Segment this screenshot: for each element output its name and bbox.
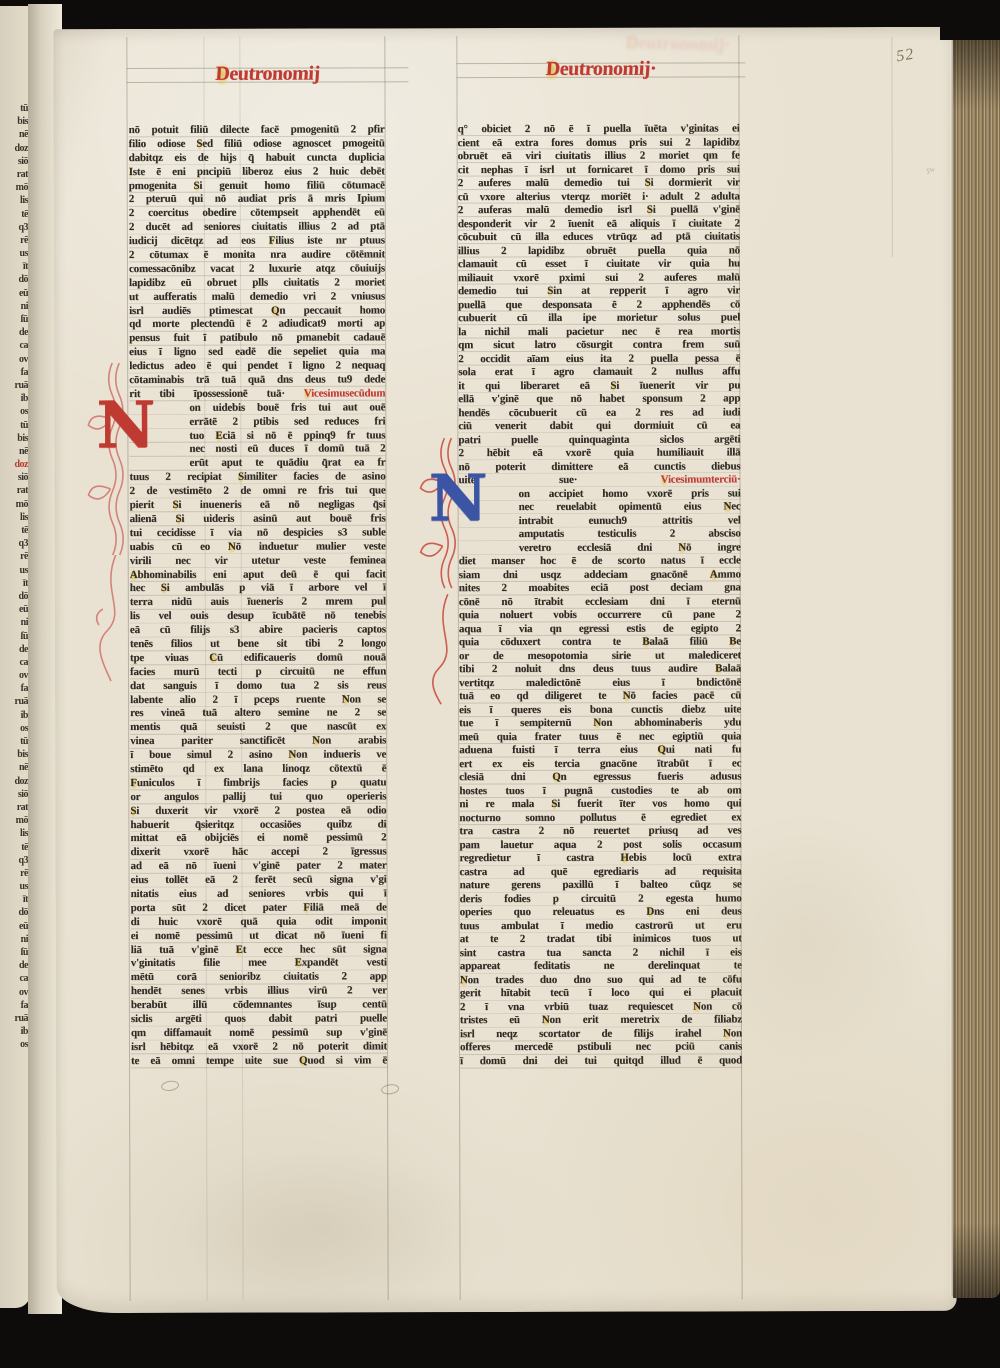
text-line: illius 2 lapidibz obruēt puella quia nō — [458, 244, 740, 258]
facing-page-text-line: q3 — [0, 221, 30, 234]
facing-page-text-line: ruā — [0, 379, 30, 392]
text-line: res vineā tuā altero semine ne 2 se — [130, 707, 386, 722]
facing-page-text-line: tū — [0, 102, 30, 115]
edge-mark: ʒw — [925, 164, 935, 174]
facing-page-text-line: bis — [0, 115, 30, 128]
facing-page-text-line: bis — [0, 432, 30, 445]
text-line: la nichil mali pacietur nec ē rea mortis — [458, 325, 740, 339]
text-line: tui cecidisse ī via nō despicies s3 subl… — [130, 526, 386, 541]
text-line: deris fodies p circuitū 2 egesta humo — [460, 892, 742, 906]
parchment-stain — [176, 1148, 476, 1309]
text-line: hendēt senes vrbis illius virū 2 ver — [131, 985, 387, 1000]
yellow-washed-capital: E — [215, 429, 222, 441]
text-line: isrl neqz scortator de filijs irahel Non — [460, 1027, 742, 1041]
drop-initial-chapter-23: N — [428, 470, 487, 528]
yellow-washed-capital: S — [645, 177, 651, 189]
facing-page-text-line: ib — [0, 709, 30, 722]
text-line: labente alio 2 ī pceps ruente Non se — [130, 693, 386, 708]
text-line: te eā omni tempe uite sue Quod si vim ē — [131, 1054, 387, 1069]
yellow-washed-capital: A — [710, 568, 718, 580]
text-line: isrl hēbitqz eā vxorē 2 nō poterit dimit — [131, 1040, 387, 1055]
text-line: eis ī queres eis bona cunctis diebz uite — [459, 703, 741, 717]
yellow-washed-capital: A — [130, 568, 138, 580]
text-line: qm diffamauit nomē pessimū sup v'ginē — [131, 1026, 387, 1041]
text-line: porta sūt 2 dicet pater Filiā meā de — [131, 901, 387, 916]
yellow-washed-capital: Q — [299, 1054, 307, 1066]
facing-page-text-line: ca — [0, 339, 30, 352]
text-line: sint castra tua sancta 2 nichil ī eis — [460, 946, 742, 960]
facing-page-text-line: rē — [0, 234, 30, 247]
yellow-washed-capital: E — [236, 943, 243, 955]
text-line: nec nosti eū duces ī domū tuā 2 — [129, 443, 385, 458]
yellow-washed-capital: S — [647, 204, 653, 216]
facing-page-text-line: bis — [0, 748, 30, 761]
text-line: tue ī sempiternū Non abhominaberis ydu — [459, 716, 741, 730]
yellow-washed-capital: N — [312, 735, 320, 747]
text-line: uabis cū eo Nō induetur mulier veste — [130, 540, 386, 555]
facing-page-text-line: eū — [0, 603, 30, 616]
yellow-washed-capital: S — [551, 798, 557, 810]
facing-page-text-line: tū — [0, 735, 30, 748]
facing-page-text-line: ib — [0, 392, 30, 405]
text-line: virili nec vir utetur veste feminea — [130, 554, 386, 569]
text-line: pensus fuit ī patibulo nō pmanebit cadau… — [129, 332, 385, 347]
text-line: diet manser hoc ē de scorto natus ī eccl… — [459, 554, 741, 568]
text-line: ni re mala Si fuerit īter vos homo qui — [459, 797, 741, 811]
facing-page-text-line: lis — [0, 194, 30, 207]
catch-mark — [160, 1080, 179, 1092]
facing-page-text-line: rē — [0, 550, 30, 563]
yellow-washed-capital: C — [209, 652, 217, 664]
text-line: nō potuit filiū dilecte facē pmogenitū 2… — [129, 123, 385, 138]
text-line: terra nidū auis īueneris 2 mrem pul — [130, 596, 386, 611]
manuscript-page: Deutronomij· Deutronomij Deutronomij· 52… — [53, 27, 956, 1313]
text-line: cient eā extra fores domus pris sui 2 la… — [458, 136, 740, 150]
text-line: 2 auferas malū demedio isrl Si puellā v'… — [458, 203, 740, 217]
text-line: 2 ducēt ad seniores ciuitatis illius 2 a… — [129, 221, 385, 236]
text-line: 2 occidit aīam eius ita 2 puella pessa ē — [458, 352, 740, 366]
text-line: facies murū tecti p circuitū ne effun — [130, 665, 386, 680]
text-line: tuā eo qd diligeret te Nō facies pacē cū — [459, 689, 741, 703]
running-title-offset-ghost: Deutronomij· — [532, 30, 823, 58]
text-line: v'ginitatis filie mee Expandēt vesti — [131, 957, 387, 972]
text-line: ut aufferatis malū demedio vri 2 vniusus — [129, 290, 385, 305]
facing-page-text-line: mō — [0, 181, 30, 194]
yellow-washed-capital: H — [620, 852, 628, 864]
yellow-washed-capital: Q — [552, 771, 560, 783]
facing-page-text-line: ni — [0, 616, 30, 629]
text-line: or de mesopotomia sirie ut malediceret — [459, 649, 741, 663]
yellow-washed-capital: V — [661, 474, 668, 486]
facing-page-text-line: siō — [0, 471, 30, 484]
text-line: regredietur ī castra Hebis locū extra — [459, 851, 741, 865]
manuscript-photo: tūbisnēdozsiōratmōlistēq3rēusītdōeūniſūd… — [0, 0, 1000, 1368]
text-column-2: q° obiciet 2 nō ē ī puella īuēta v'ginit… — [458, 122, 742, 1069]
facing-page-text-line: de — [0, 326, 30, 339]
facing-page-text-line: mō — [0, 498, 30, 511]
text-line: nature gerens paxillū ī balteo cūqz se — [460, 878, 742, 892]
text-line: mentis quā seuisti 2 que nascūt ex — [130, 721, 386, 736]
text-line: veretro ecclesiā dni Nō ingre — [459, 541, 741, 555]
yellow-washed-capital: F — [269, 235, 276, 247]
facing-page-text-line: siō — [0, 155, 30, 168]
text-line: Non trades duo dno suo qui ad te cōfu — [460, 973, 742, 987]
background-corner — [940, 0, 1000, 40]
facing-page-text-line: de — [0, 959, 30, 972]
text-line: ellā v'ginē que nō habet sponsum 2 app — [458, 392, 740, 406]
text-line: tristes eū Non erit meretrix de filiabz — [460, 1013, 742, 1027]
text-line: ī domū dni dei tui quitqd illud ē quod — [460, 1054, 742, 1068]
yellow-washed-capital: N — [593, 717, 601, 729]
text-line: tuo Eciā si nō ē ppinq9 fr tuus — [129, 429, 385, 444]
text-line: alienā Si uideris asinū aut bouē fris — [130, 512, 386, 527]
yellow-washed-capital: N — [288, 749, 296, 761]
facing-page-text-line: lis — [0, 511, 30, 524]
facing-page-text-line: dō — [0, 273, 30, 286]
text-line: siam dni usqz addeciam gnacōnē Ammo — [459, 568, 741, 582]
text-line: eā cū filijs s3 abire pacieris captos — [130, 623, 386, 638]
text-line: qm sicut latro cōsurgit contra frem suū — [458, 338, 740, 352]
text-line: it qui liberaret eā Si īuenerit vir pu — [458, 379, 740, 393]
text-line: nocturno somno pollutus ē egrediet ex — [459, 811, 741, 825]
text-column-1: nō potuit filiū dilecte facē pmogenitū 2… — [129, 123, 387, 1069]
text-line: 2 cōtumax ē monita nra audire cōtēmnit — [129, 248, 385, 263]
text-line: gerit hītabit tecū ī loco qui ei placuit — [460, 986, 742, 1000]
facing-page-text-line: doz — [0, 142, 30, 155]
folio-number: 52 — [895, 46, 916, 67]
text-line: dixerit vxorē hāc accepi 2 īgressus — [130, 846, 386, 861]
text-line: appareat feditatis ne derelinquat te — [460, 959, 742, 973]
text-line: eius ī ligno sed eadē die sepeliet quia … — [129, 346, 385, 361]
yellow-washed-capital: N — [542, 1014, 550, 1026]
text-line: cū vxore alterius vterqz moriēt i· adult… — [458, 190, 740, 204]
text-line: ei nomē pessimū ut dicat nō īueni fi — [131, 929, 387, 944]
yellow-washed-capital: Q — [271, 304, 279, 316]
facing-page-text-line: īt — [0, 893, 30, 906]
text-line: at te 2 tradat tibi inimicos tuos ut — [460, 932, 742, 946]
facing-page-edge: tūbisnēdozsiōratmōlistēq3rēusītdōeūniſūd… — [0, 6, 30, 1308]
facing-page-text-line: tē — [0, 841, 30, 854]
text-line: cōtaminabis trā tuā quā dns deus tu9 ded… — [129, 373, 385, 388]
text-line: tenēs filios ut bene sit tibi 2 longo — [130, 637, 386, 652]
text-line: eius tollēt eā 2 ferēt secū signa v'gi — [131, 873, 387, 888]
text-line: tpe viuas Cū edificaueris domū nouā — [130, 651, 386, 666]
text-line: siclis argēti quos dabit patri puelle — [131, 1012, 387, 1027]
text-line: erūt aput te quādiu q̄rat ea fr — [129, 457, 385, 472]
text-line: rit tibi īpossessionē tuā· Vicesimusecūd… — [129, 387, 385, 402]
yellow-washed-capital: N — [460, 974, 468, 986]
yellow-washed-capital: S — [161, 582, 167, 594]
text-line: nites 2 moabites eciā post deciam gna — [459, 581, 741, 595]
yellow-washed-capital: N — [623, 690, 631, 702]
facing-page-text-line: eū — [0, 920, 30, 933]
text-line: mittat eā obijciēs ei nomē pessimū 2 — [130, 832, 386, 847]
text-line: pam lauetur aqua 2 post solis occasum — [459, 838, 741, 852]
text-line: sola erat ī agro clamauit 2 nullus affu — [458, 365, 740, 379]
text-line: tra castra 2 nō reuertet priusq ad ves — [459, 824, 741, 838]
facing-page-text-line: ov — [0, 986, 30, 999]
text-line: berabūt illū cōdemnantes īsup centū — [131, 998, 387, 1013]
catch-mark — [380, 1083, 399, 1095]
facing-page-text-line: ni — [0, 933, 30, 946]
text-line: ert ex eis tercia gnacōne ītrabūt ī ec — [459, 757, 741, 771]
facing-page-text-line: fa — [0, 366, 30, 379]
yellow-washed-capital: D — [625, 32, 640, 52]
text-line: mētū corā senioribz ciuitatis 2 app — [131, 971, 387, 986]
text-line: Iste ē eni pncipiū liberoz eius 2 huic d… — [129, 165, 385, 180]
facing-page-text-line: q3 — [0, 854, 30, 867]
text-line: errātē 2 ptibis sed reduces fri — [129, 415, 385, 430]
facing-page-text-line: us — [0, 880, 30, 893]
yellow-washed-capital: F — [303, 901, 310, 913]
yellow-washed-capital: B — [642, 636, 649, 648]
facing-page-text-line: nē — [0, 761, 30, 774]
text-line: di huic vxorē quā quia odit imponit — [131, 915, 387, 930]
yellow-washed-capital: N — [723, 1027, 731, 1039]
text-line: ciū venerit dabit qui dormiuit cū ea — [458, 419, 740, 433]
yellow-washed-capital: I — [129, 166, 133, 178]
facing-page-text-line: ca — [0, 972, 30, 985]
text-line: operies quo releuatus es Dns eni deus — [460, 905, 742, 919]
yellow-washed-capital: S — [238, 471, 244, 483]
facing-page-text-line: us — [0, 247, 30, 260]
text-line: nitatis eius ad seniores vrbis qui ī — [131, 887, 387, 902]
facing-page-text-line: os — [0, 405, 30, 418]
yellow-washed-capital: S — [130, 805, 136, 817]
text-line: ī boue simul 2 asino Non indueris ve — [130, 748, 386, 763]
facing-page-text-line: ib — [0, 1025, 30, 1038]
facing-page-text-line: ov — [0, 353, 30, 366]
text-line: quia cōduxert contra te Balaā filiū Be — [459, 635, 741, 649]
yellow-washed-capital: D — [215, 63, 230, 85]
facing-page-text-line: ca — [0, 656, 30, 669]
facing-page-text-line: us — [0, 564, 30, 577]
yellow-washed-capital: E — [295, 957, 302, 969]
text-line: 2 pteruū qui nō audiat pris ā mris Ipium — [129, 193, 385, 208]
running-title-left: Deutronomij — [126, 62, 410, 86]
text-line: tuus 2 recipiat Similiter facies de asin… — [129, 471, 385, 486]
facing-page-text-line: fa — [0, 999, 30, 1012]
text-line: Si duxerit vir vxorē 2 postea eā odio — [130, 804, 386, 819]
yellow-washed-capital: D — [646, 906, 654, 918]
yellow-washed-capital: V — [304, 387, 311, 399]
text-line: cōnē nō ītrabit ecclesiam dni ī eternū — [459, 595, 741, 609]
text-line: 2 de vestimēto 2 de omni re fris tui que — [130, 484, 386, 499]
facing-page-text-line: ov — [0, 669, 30, 682]
text-line: nec reuelabit opimentū eius Nec — [459, 500, 741, 514]
text-line: ledictus adeo ē qui pendet ī ligno 2 neq… — [129, 359, 385, 374]
facing-page-text-line: tē — [0, 524, 30, 537]
parchment-crease — [891, 37, 893, 257]
facing-page-text-line: q3 — [0, 537, 30, 550]
text-line: vertitqz maledictōnē eius ī bndictōnē — [459, 676, 741, 690]
text-line: stimēto qd ex lana linoqz cōtextū ē — [130, 762, 386, 777]
text-line: clamauit cū esset ī ciuitate vir quia hu — [458, 257, 740, 271]
facing-page-text-line: dō — [0, 590, 30, 603]
facing-page-text-line: mō — [0, 814, 30, 827]
text-line: cōcubuit cū illa educes vtrūqz ad ptā ci… — [458, 230, 740, 244]
facing-page-text: tūbisnēdozsiōratmōlistēq3rēusītdōeūniſūd… — [0, 102, 30, 1052]
facing-page-text-line: nē — [0, 445, 30, 458]
text-line: castra ad quē egrediaris ad requisita — [460, 865, 742, 879]
text-line: habuerit q̄sieritqz occasiōes quibz di — [130, 818, 386, 833]
text-line: aqua ī via qn egressi estis de egipto 2 — [459, 622, 741, 636]
text-line: 2 hēbit eā vxorē quia humiliauit illā — [458, 446, 740, 460]
yellow-washed-capital: B — [715, 662, 722, 674]
yellow-washed-capital: Q — [657, 744, 665, 756]
facing-page-text-line: ni — [0, 300, 30, 313]
text-line: obruēt eā viri ciuitatis illius 2 moriet… — [458, 149, 740, 163]
text-line: qd morte plectendū ē 2 adiudicat9 morti … — [129, 318, 385, 333]
text-line: desponderit vir 2 īuenit eā aliquis ī ci… — [458, 217, 740, 231]
yellow-washed-capital: S — [172, 499, 178, 511]
text-line: offeres mercedē pstibuli nec pciū canis — [460, 1040, 742, 1054]
text-line: pierit Si inueneris eā nō negligas q̄si — [130, 498, 386, 513]
text-line: miliauit vxorē pximi sui 2 auferes malū — [458, 271, 740, 285]
facing-page-text-line: īt — [0, 260, 30, 273]
text-line: dat sanguis ī domo tua 2 sis reus — [130, 679, 386, 694]
facing-page-text-line: rat — [0, 168, 30, 181]
text-line: cubuerit cū illa ipe morietur solus puel — [458, 311, 740, 325]
facing-page-text-line: rē — [0, 867, 30, 880]
yellow-washed-capital: S — [175, 513, 181, 525]
yellow-washed-capital: N — [693, 1000, 701, 1012]
facing-page-text-line: ſū — [0, 630, 30, 643]
facing-page-text-line: eū — [0, 287, 30, 300]
facing-page-text-line: lis — [0, 827, 30, 840]
facing-page-text-line: dō — [0, 906, 30, 919]
text-line: lapidibz eū obruet plls ciuitatis 2 mori… — [129, 276, 385, 291]
text-line: aduena fuisti ī terra eius Qui nati fu — [459, 743, 741, 757]
text-line: on accipiet homo vxorē pris sui — [459, 487, 741, 501]
chapter-rubric: Vicesimumterciū· — [661, 473, 741, 485]
facing-page-text-line: ſū — [0, 946, 30, 959]
facing-page-text-line: siō — [0, 788, 30, 801]
text-line: meū quia frater tuus ē nec egiptiū quia — [459, 730, 741, 744]
text-line: dabitqz eis de hijs q̄ habuit cuncta dup… — [129, 151, 385, 166]
yellow-washed-capital: F — [130, 777, 137, 789]
text-line: ad eā nō īueni v'ginē pater 2 mater — [130, 860, 386, 875]
text-line: intrabit eunuch9 attritis vel — [459, 514, 741, 528]
facing-page-text-line: ruā — [0, 1012, 30, 1025]
text-line: demedio tui Sin at repperit ī agro vir — [458, 284, 740, 298]
facing-page-text-line: rat — [0, 484, 30, 497]
facing-page-text-line: īt — [0, 577, 30, 590]
yellow-washed-capital: B — [729, 635, 736, 647]
text-line: 2 ī vna vrbiū tuaz requiescet Non cō — [460, 1000, 742, 1014]
text-line: hec Si ambulās p viā ī arbore vel ī — [130, 582, 386, 597]
text-line: pmogenita Si genuit homo filiū cōtumacē — [129, 179, 385, 194]
text-line: Funiculos ī fimbrijs facies p quatu — [130, 776, 386, 791]
text-line: 2 coercitus obedire cōtempseit apphendēt… — [129, 207, 385, 222]
text-line: vinea pariter sanctificēt Non arabis — [130, 734, 386, 749]
yellow-washed-capital: N — [342, 693, 350, 705]
text-line: Abhominabilis eni aput deū ē qui facit — [130, 568, 386, 583]
facing-page-text-line: os — [0, 722, 30, 735]
text-line: hostes tuos ī pugnā custodies te ab om — [459, 784, 741, 798]
facing-page-text-line: rat — [0, 801, 30, 814]
facing-page-text-line: ruā — [0, 695, 30, 708]
yellow-washed-capital: S — [196, 138, 202, 150]
text-line: on uidebis bouē fris tui aut ouē — [129, 401, 385, 416]
text-line: isrl audiēs ptimescat Qn peccauit homo — [129, 304, 385, 319]
text-line: q° obiciet 2 nō ē ī puella īuēta v'ginit… — [458, 122, 740, 136]
drop-initial-chapter-22: N — [96, 397, 155, 455]
facing-page-text-line: tū — [0, 419, 30, 432]
facing-page-text-line: os — [0, 1038, 30, 1051]
text-line: puellā que desponsata ē 2 apphendēs cō — [458, 298, 740, 312]
text-line: liā tuā v'ginē Et ecce hec sūt signa — [131, 943, 387, 958]
text-line: iudicij dicētqz ad eos Filius iste nr pt… — [129, 234, 385, 249]
yellow-washed-capital: S — [610, 379, 616, 391]
text-line: patri puelle quinquaginta siclos argēti — [458, 433, 740, 447]
text-line: nō poterit dimittere eā cunctis diebus — [458, 460, 740, 474]
yellow-washed-capital: N — [228, 540, 236, 552]
text-line: lis vel ouis desup īcubātē nō tenebis — [130, 609, 386, 624]
yellow-washed-capital: S — [193, 179, 199, 191]
facing-page-text-line: doz — [0, 458, 30, 471]
text-line: amputatis testiculis 2 absciso — [459, 527, 741, 541]
chapter-rubric: Vicesimusecūdum — [304, 387, 386, 399]
text-line: 2 auferes malū demedio tui Si dormierit … — [458, 176, 740, 190]
facing-page-text-line: nē — [0, 128, 30, 141]
text-line: or angulos pallij tui quo operieris — [130, 790, 386, 805]
text-line: hendēs cōcubuerit cū ea 2 res ad iudi — [458, 406, 740, 420]
yellow-washed-capital: N — [678, 541, 686, 553]
facing-page-text-line: fa — [0, 682, 30, 695]
yellow-washed-capital: S — [547, 285, 553, 297]
text-line: tuus ambulat ī medio castrorū ut eru — [460, 919, 742, 933]
text-line: comessacōnibz vacat 2 luxurie atqz cōuiu… — [129, 262, 385, 277]
facing-page-text-line: tē — [0, 208, 30, 221]
running-title-right: Deutronomij· — [456, 57, 747, 81]
yellow-washed-capital: D — [545, 58, 560, 80]
text-line: filio odiose Sed filiū odiose agnoscet p… — [129, 137, 385, 152]
text-line: tibi 2 noluit dns deus tuus audire Balaā — [459, 662, 741, 676]
text-line: clesiā dni Qn egressus fueris adusus — [459, 770, 741, 784]
yellow-washed-capital: N — [723, 500, 731, 512]
text-line: uite sue· Vicesimumterciū· — [458, 473, 740, 487]
facing-page-text-line: de — [0, 643, 30, 656]
fore-edge — [953, 34, 1000, 1298]
text-line: cit nephas ī isrl ut fornicaret ī domo p… — [458, 163, 740, 177]
facing-page-text-line: doz — [0, 775, 30, 788]
facing-page-text-line: ſū — [0, 313, 30, 326]
text-line: quia noluert vobis occurrere cū pane 2 — [459, 608, 741, 622]
